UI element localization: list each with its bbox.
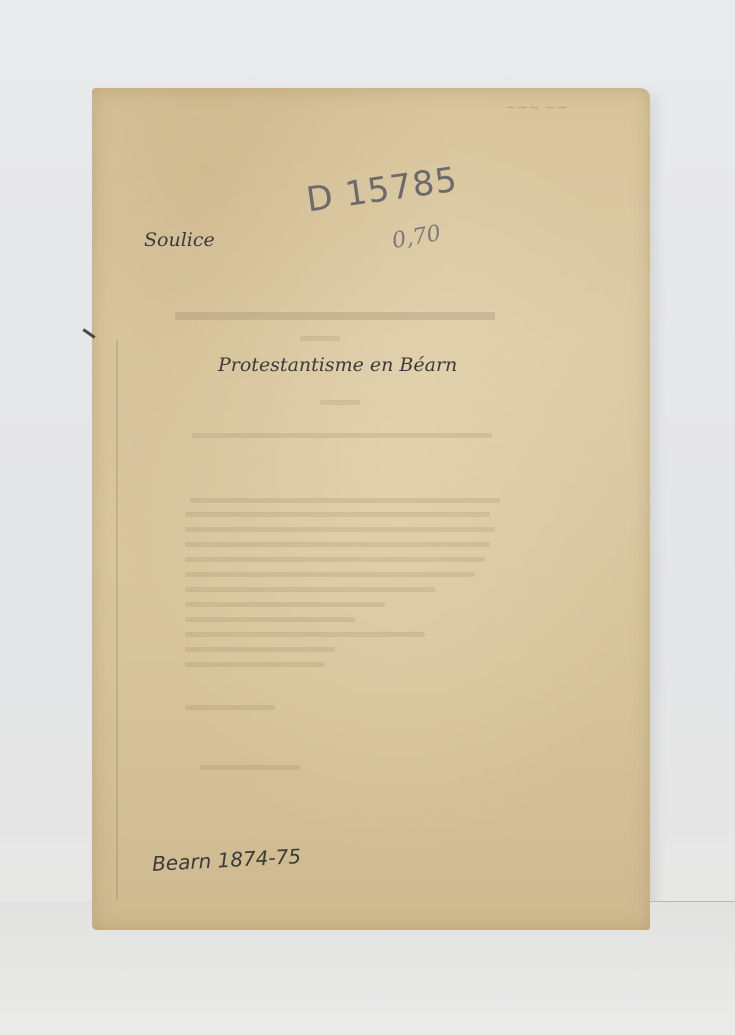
pamphlet-cover (92, 88, 650, 930)
show-through-line (185, 527, 495, 532)
author-note: Soulice (144, 229, 215, 251)
show-through-line (300, 336, 340, 341)
show-through-line (320, 400, 360, 405)
faint-pencil-note: ~~~ ~~ (505, 100, 568, 116)
show-through-line (185, 662, 325, 667)
show-through-line (200, 765, 300, 770)
show-through-line (185, 512, 490, 517)
show-through-line (185, 632, 425, 637)
show-through-line (185, 572, 475, 577)
show-through-line (185, 705, 275, 710)
show-through-line (185, 617, 355, 622)
spine-fold (116, 340, 118, 900)
show-through-line (190, 498, 500, 503)
show-through-line (192, 433, 492, 438)
show-through-line (185, 602, 385, 607)
show-through-line (185, 587, 435, 592)
show-through-line (185, 542, 490, 547)
title-note: Protestantisme en Béarn (218, 354, 457, 376)
show-through-line (185, 647, 335, 652)
show-through-title (175, 312, 495, 320)
show-through-line (185, 557, 485, 562)
